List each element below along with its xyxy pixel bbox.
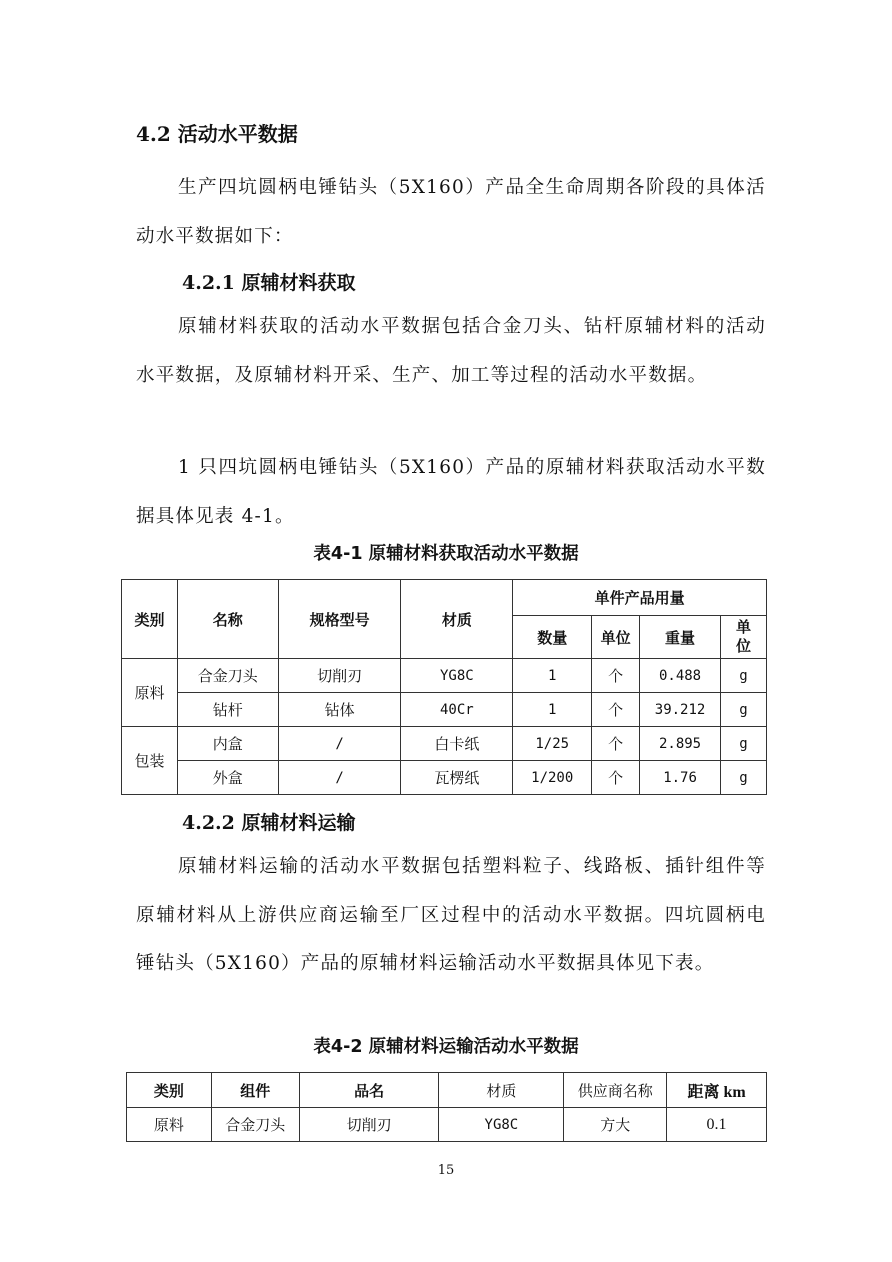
subsection-paragraph: 原辅材料获取的活动水平数据包括合金刀头、钻杆原辅材料的活动水平数据，及原辅材料开… (136, 303, 766, 400)
header-cell: 材质 (439, 1073, 564, 1108)
cell: 钻体 (278, 693, 401, 727)
raw-material-table: 类别 名称 规格型号 材质 单件产品用量 数量 单位 重量 单位 原料 合金刀头… (121, 579, 767, 795)
table-row: 原料 合金刀头 切削刃 YG8C 1 个 0.488 g (122, 659, 767, 693)
cell: 40Cr (401, 693, 513, 727)
header-cell: 单位 (721, 616, 767, 659)
cell: 个 (592, 727, 640, 761)
cell: 瓦楞纸 (401, 761, 513, 795)
header-cell: 品名 (299, 1073, 439, 1108)
cell: 外盒 (177, 761, 278, 795)
cell: YG8C (401, 659, 513, 693)
table-row: 原料 合金刀头 切削刃 YG8C 方大 0.1 (127, 1108, 767, 1142)
subsection-heading-transport: 4.2.2 原辅材料运输 (182, 808, 356, 835)
header-cell: 重量 (640, 616, 721, 659)
cell: 切削刃 (299, 1108, 439, 1142)
cell: 1 (513, 659, 592, 693)
page-number: 15 (0, 1163, 892, 1178)
cell: g (721, 727, 767, 761)
cell: 0.488 (640, 659, 721, 693)
cell: 1.76 (640, 761, 721, 795)
cell: 2.895 (640, 727, 721, 761)
cell: YG8C (439, 1108, 564, 1142)
header-cell: 名称 (177, 580, 278, 659)
category-cell: 包装 (122, 727, 178, 795)
cell: / (278, 727, 401, 761)
header-cell-text: 单位 (736, 618, 752, 656)
cell: 个 (592, 659, 640, 693)
header-cell: 组件 (211, 1073, 299, 1108)
table-caption: 表4-2 原辅材料运输活动水平数据 (0, 1033, 892, 1058)
transport-table: 类别 组件 品名 材质 供应商名称 距离 km 原料 合金刀头 切削刃 YG8C… (126, 1072, 767, 1142)
table-header-row: 类别 组件 品名 材质 供应商名称 距离 km (127, 1073, 767, 1108)
header-cell: 距离 km (667, 1073, 767, 1108)
cell: 白卡纸 (401, 727, 513, 761)
subsection-paragraph: 原辅材料运输的活动水平数据包括塑料粒子、线路板、插针组件等原辅材料从上游供应商运… (136, 843, 766, 989)
section-heading: 4.2 活动水平数据 (136, 118, 298, 147)
header-cell: 类别 (127, 1073, 212, 1108)
table-row: 钻杆 钻体 40Cr 1 个 39.212 g (122, 693, 767, 727)
cell: 钻杆 (177, 693, 278, 727)
cell: 1/25 (513, 727, 592, 761)
cell: 方大 (564, 1108, 667, 1142)
cell: 39.212 (640, 693, 721, 727)
subsection-heading-raw-material: 4.2.1 原辅材料获取 (182, 268, 356, 295)
header-cell-group: 单件产品用量 (513, 580, 767, 616)
section-intro: 生产四坑圆柄电锤钻头（5X160）产品全生命周期各阶段的具体活动水平数据如下： (136, 164, 766, 261)
header-cell: 材质 (401, 580, 513, 659)
table-caption: 表4-1 原辅材料获取活动水平数据 (0, 540, 892, 565)
category-cell: 原料 (122, 659, 178, 727)
cell: 个 (592, 761, 640, 795)
cell: 1/200 (513, 761, 592, 795)
table-row: 包装 内盒 / 白卡纸 1/25 个 2.895 g (122, 727, 767, 761)
cell: g (721, 761, 767, 795)
cell: 切削刃 (278, 659, 401, 693)
cell: 内盒 (177, 727, 278, 761)
cell: g (721, 659, 767, 693)
cell: 个 (592, 693, 640, 727)
cell: 1 (513, 693, 592, 727)
header-cell: 类别 (122, 580, 178, 659)
header-cell: 供应商名称 (564, 1073, 667, 1108)
header-cell: 单位 (592, 616, 640, 659)
subsection-paragraph: 1 只四坑圆柄电锤钻头（5X160）产品的原辅材料获取活动水平数据具体见表 4-… (136, 444, 766, 541)
cell: 原料 (127, 1108, 212, 1142)
table-row: 外盒 / 瓦楞纸 1/200 个 1.76 g (122, 761, 767, 795)
header-cell: 数量 (513, 616, 592, 659)
cell: 0.1 (667, 1108, 767, 1142)
header-cell: 规格型号 (278, 580, 401, 659)
cell: / (278, 761, 401, 795)
table-header-row: 类别 名称 规格型号 材质 单件产品用量 (122, 580, 767, 616)
cell: 合金刀头 (177, 659, 278, 693)
cell: 合金刀头 (211, 1108, 299, 1142)
cell: g (721, 693, 767, 727)
